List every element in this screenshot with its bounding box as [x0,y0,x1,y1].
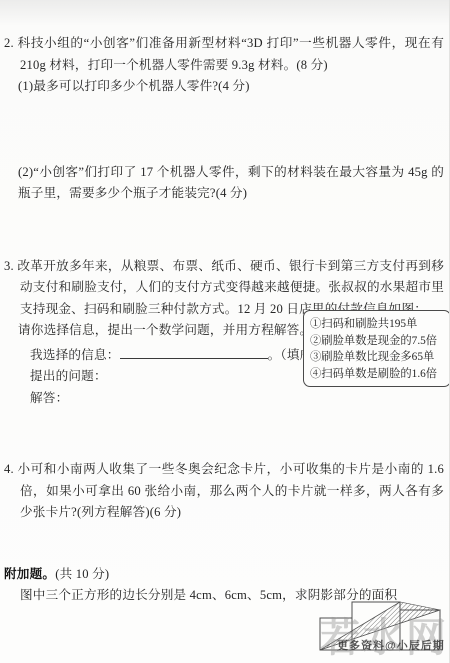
info-item-4: ④扫码单数是刷脸的1.6倍 [310,366,446,383]
answer-label-line: 解答： [30,388,444,410]
problem-2-q1: (1)最多可以打印多少个机器人零件?(4 分) [4,76,444,98]
choose-info-label: 我选择的信息： [30,348,120,362]
problem-2-text: 科技小组的“小创客”们准备用新型材料“3D 打印”一些机器人零件，现在有 210… [18,36,444,72]
problem-2-number: 2. [4,36,14,50]
worksheet-page: 2. 科技小组的“小创客”们准备用新型材料“3D 打印”一些机器人零件，现在有 … [0,0,450,663]
bonus-title: 附加题。 [4,567,55,581]
problem-4: 4. 小可和小南两人收集了一些冬奥会纪念卡片，小可收集的卡片是小南的 1.6 倍… [4,459,444,524]
bonus-title-line: 附加题。(共 10 分) [4,564,444,586]
answer-space-2-2 [4,205,444,256]
problem-2: 2. 科技小组的“小创客”们准备用新型材料“3D 打印”一些机器人零件，现在有 … [4,33,444,76]
squares-figure [318,588,448,658]
problem-4-number: 4. [4,462,14,476]
answer-space-2-1 [4,98,444,162]
info-item-3: ③刷脸单数比现金多65单 [310,349,446,366]
info-item-2: ②刷脸单数是现金的7.5倍 [310,333,446,350]
fill-in-blank [120,346,268,359]
shaded-region [320,602,440,650]
bonus-score: (共 10 分) [55,567,109,581]
problem-2-q2: (2)“小创客”们打印了 17 个机器人零件，剩下的材料装在最大容量为 45g … [4,162,444,205]
payment-info-box: ①扫码和刷脸共195单 ②刷脸单数是现金的7.5倍 ③刷脸单数比现金多65单 ④… [303,310,450,387]
problem-3-text: 改革开放多年来，从粮票、布票、纸币、硬币、银行卡到第三方支付再到移动支付和刷脸支… [17,259,444,316]
problem-4-text: 小可和小南两人收集了一些冬奥会纪念卡片，小可收集的卡片是小南的 1.6 倍，如果… [18,462,444,519]
info-item-1: ①扫码和刷脸共195单 [310,316,446,333]
answer-space-4 [4,524,444,564]
answer-space-3 [4,409,444,459]
problem-3-number: 3. [4,259,14,273]
